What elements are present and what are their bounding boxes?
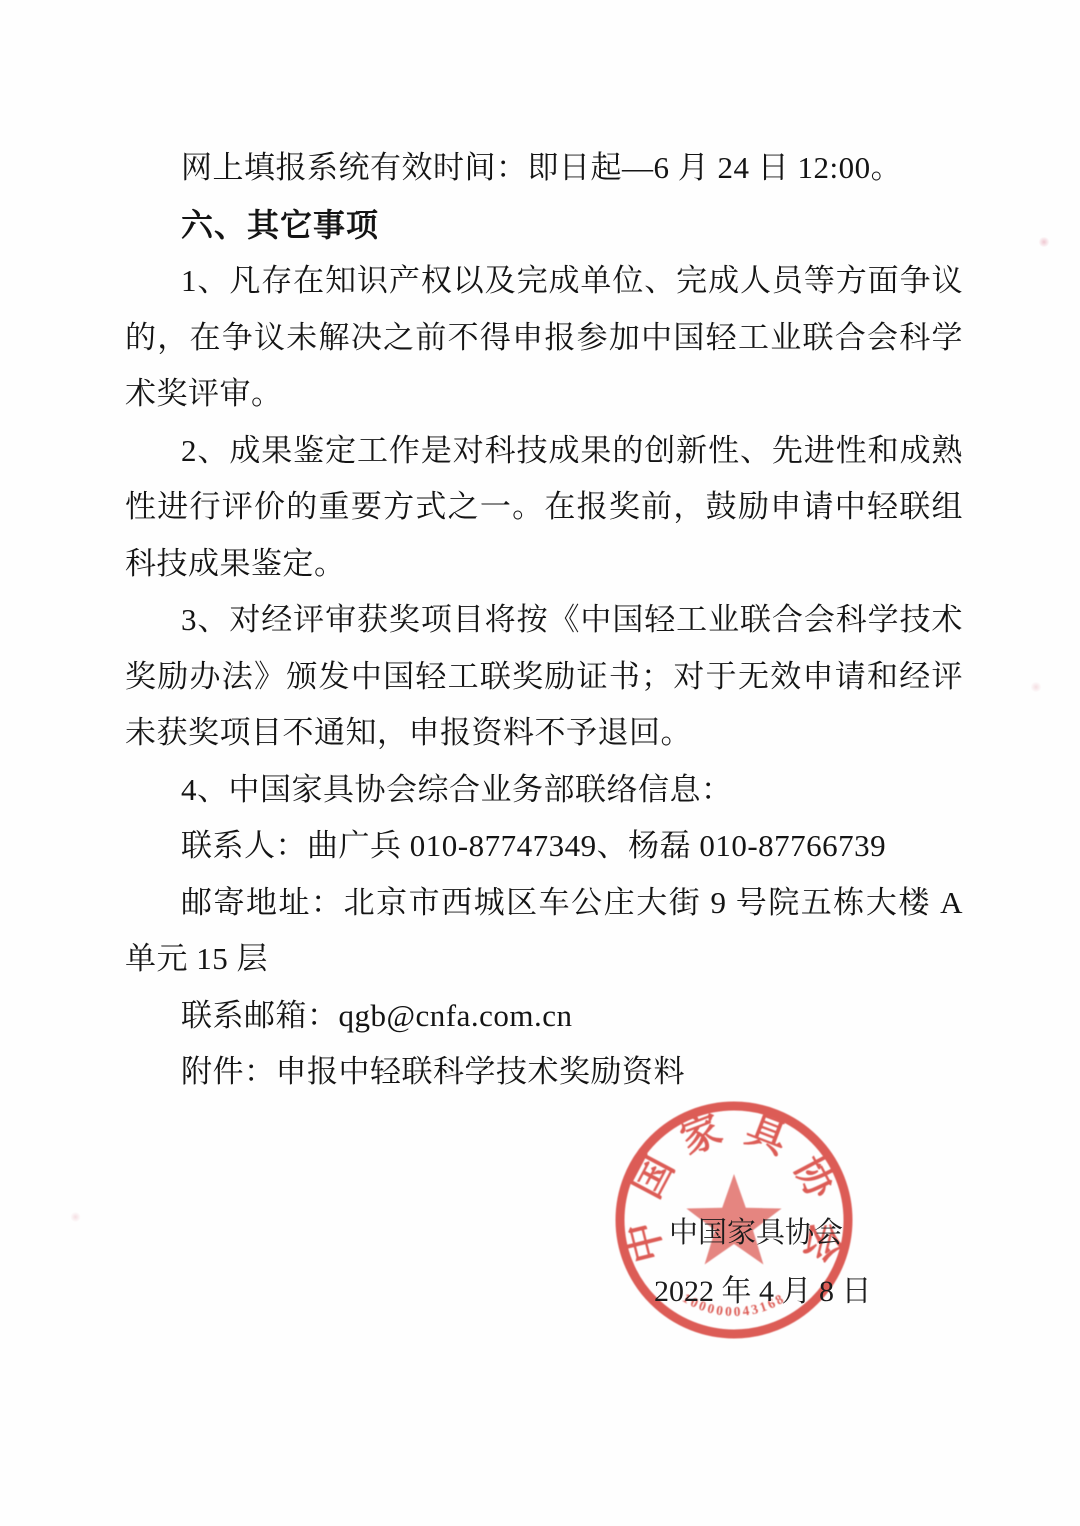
- mailing-address-line: 单元 15 层: [125, 931, 963, 988]
- document-line: 的，在争议未解决之前不得申报参加中国轻工业联合会科学技: [125, 310, 963, 367]
- scan-artifact: [1038, 237, 1050, 247]
- document-line: 术奖评审。: [125, 366, 963, 423]
- document-line: 2、成果鉴定工作是对科技成果的创新性、先进性和成熟: [125, 423, 963, 480]
- seal-ring-char: 协: [786, 1149, 845, 1207]
- document-page: 网上填报系统有效时间：即日起—6 月 24 日 12:00。 六、其它事项 1、…: [0, 0, 1080, 1526]
- document-date: 2022 年 4 月 8 日: [654, 1275, 872, 1309]
- seal-ring-char: 中: [619, 1217, 672, 1267]
- document-line: 科技成果鉴定。: [125, 536, 963, 593]
- section-heading: 六、其它事项: [125, 197, 963, 254]
- document-line: 3、对经评审获奖项目将按《中国轻工业联合会科学技术: [125, 592, 963, 649]
- scan-artifact: [70, 1212, 81, 1222]
- document-line: 1、凡存在知识产权以及完成单位、完成人员等方面争议: [125, 253, 963, 310]
- document-line: 奖励办法》颁发中国轻工联奖励证书；对于无效申请和经评审: [125, 649, 963, 706]
- document-line: 未获奖项目不通知，申报资料不予退回。: [125, 705, 963, 762]
- document-line: 4、中国家具协会综合业务部联络信息：: [125, 762, 963, 819]
- scan-artifact: [1030, 682, 1042, 692]
- document-text-column: 网上填报系统有效时间：即日起—6 月 24 日 12:00。 六、其它事项 1、…: [125, 140, 963, 1101]
- document-line: 性进行评价的重要方式之一。在报奖前，鼓励申请中轻联组织: [125, 479, 963, 536]
- attachment-line: 附件：申报中轻联科学技术奖励资料: [125, 1044, 963, 1101]
- contact-person-line: 联系人：曲广兵 010-87747349、杨磊 010-87766739: [125, 818, 963, 875]
- contact-email-line: 联系邮箱：qgb@cnfa.com.cn: [125, 988, 963, 1045]
- organization-signature: 中国家具协会: [669, 1217, 843, 1249]
- document-line: 网上填报系统有效时间：即日起—6 月 24 日 12:00。: [125, 140, 963, 197]
- seal-ring-char: 国: [624, 1149, 683, 1205]
- mailing-address-line: 邮寄地址：北京市西城区车公庄大街 9 号院五栋大楼 A 栋 2: [125, 875, 963, 932]
